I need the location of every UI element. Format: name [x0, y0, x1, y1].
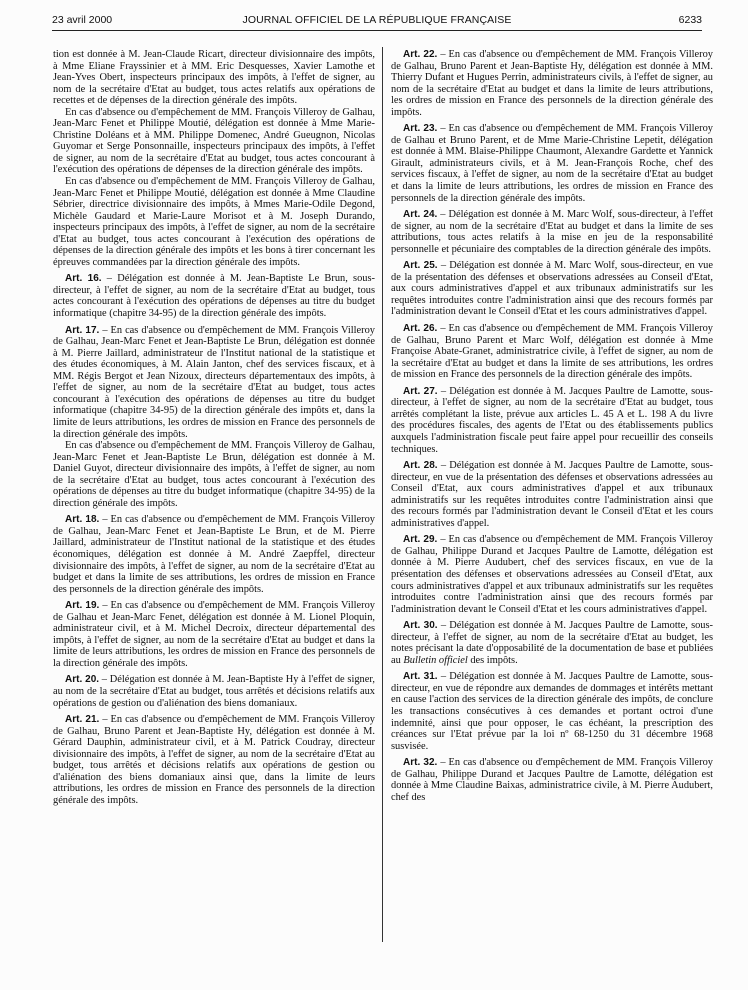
article-text: – Délégation est donnée à M. Jacques Pau… [391, 671, 713, 751]
article-text: – En cas d'absence ou d'empêchement de M… [391, 49, 713, 118]
article-20: Art. 20. – Délégation est donnée à M. Je… [53, 674, 375, 709]
article-text: – En cas d'absence ou d'empêchement de M… [391, 123, 713, 203]
article-number: Art. 25. [403, 260, 438, 271]
article-number: Art. 30. [403, 620, 438, 631]
article-17: Art. 17. – En cas d'absence ou d'empêche… [53, 325, 375, 440]
article-number: Art. 18. [65, 514, 99, 525]
article-19: Art. 19. – En cas d'absence ou d'empêche… [53, 600, 375, 669]
article-text: – En cas d'absence ou d'empêchement de M… [391, 534, 713, 614]
article-number: Art. 19. [65, 600, 99, 611]
article-number: Art. 27. [403, 386, 438, 397]
article-number: Art. 16. [65, 273, 102, 284]
bulletin-officiel-title: Bulletin officiel [403, 655, 467, 666]
header-rule [52, 30, 702, 31]
article-23: Art. 23. – En cas d'absence ou d'empêche… [391, 123, 713, 204]
article-text: des impôts. [468, 655, 518, 666]
article-31: Art. 31. – Délégation est donnée à M. Ja… [391, 671, 713, 752]
article-number: Art. 24. [403, 209, 437, 220]
article-27: Art. 27. – Délégation est donnée à M. Ja… [391, 386, 713, 455]
left-column: tion est donnée à M. Jean-Claude Ricart,… [53, 49, 375, 806]
article-text: – En cas d'absence ou d'empêchement de M… [391, 757, 713, 803]
paragraph: En cas d'absence ou d'empêchement de MM.… [53, 176, 375, 268]
paragraph: tion est donnée à M. Jean-Claude Ricart,… [53, 49, 375, 107]
paragraph: En cas d'absence ou d'empêchement de MM.… [53, 440, 375, 509]
article-number: Art. 31. [403, 671, 438, 682]
article-number: Art. 26. [403, 323, 437, 334]
article-text: – En cas d'absence ou d'empêchement de M… [53, 714, 375, 806]
article-number: Art. 20. [65, 674, 99, 685]
article-22: Art. 22. – En cas d'absence ou d'empêche… [391, 49, 713, 118]
article-number: Art. 21. [65, 714, 99, 725]
journal-title: JOURNAL OFFICIEL DE LA RÉPUBLIQUE FRANÇA… [52, 14, 702, 26]
article-29: Art. 29. – En cas d'absence ou d'empêche… [391, 534, 713, 615]
article-16: Art. 16. – Délégation est donnée à M. Je… [53, 273, 375, 319]
page-number: 6233 [679, 14, 702, 26]
article-text: – Délégation est donnée à M. Marc Wolf, … [391, 260, 713, 317]
article-30: Art. 30. – Délégation est donnée à M. Ja… [391, 620, 713, 666]
paragraph: En cas d'absence ou d'empêchement de MM.… [53, 107, 375, 176]
article-25: Art. 25. – Délégation est donnée à M. Ma… [391, 260, 713, 318]
article-text: – En cas d'absence ou d'empêchement de M… [391, 323, 713, 380]
document-page: 23 avril 2000 JOURNAL OFFICIEL DE LA RÉP… [0, 0, 748, 990]
article-32: Art. 32. – En cas d'absence ou d'empêche… [391, 757, 713, 803]
article-number: Art. 28. [403, 460, 438, 471]
article-text: – En cas d'absence ou d'empêchement de M… [53, 600, 375, 669]
article-number: Art. 23. [403, 123, 437, 134]
article-26: Art. 26. – En cas d'absence ou d'empêche… [391, 323, 713, 381]
article-18: Art. 18. – En cas d'absence ou d'empêche… [53, 514, 375, 595]
article-number: Art. 32. [403, 757, 437, 768]
article-21: Art. 21. – En cas d'absence ou d'empêche… [53, 714, 375, 806]
article-text: – En cas d'absence ou d'empêchement de M… [53, 325, 375, 440]
right-column: Art. 22. – En cas d'absence ou d'empêche… [391, 49, 713, 803]
article-text: – Délégation est donnée à M. Jacques Pau… [391, 386, 713, 455]
article-text: – En cas d'absence ou d'empêchement de M… [53, 514, 375, 594]
article-number: Art. 29. [403, 534, 437, 545]
page-header: 23 avril 2000 JOURNAL OFFICIEL DE LA RÉP… [52, 14, 702, 28]
article-28: Art. 28. – Délégation est donnée à M. Ja… [391, 460, 713, 529]
article-number: Art. 22. [403, 49, 437, 60]
article-text: – Délégation est donnée à M. Jean-Baptis… [53, 674, 375, 708]
article-number: Art. 17. [65, 325, 99, 336]
article-24: Art. 24. – Délégation est donnée à M. Ma… [391, 209, 713, 255]
article-text: – Délégation est donnée à M. Jacques Pau… [391, 460, 713, 529]
column-divider [382, 47, 383, 942]
article-text: – Délégation est donnée à M. Marc Wolf, … [391, 209, 713, 255]
article-text: – Délégation est donnée à M. Jean-Baptis… [53, 273, 375, 319]
